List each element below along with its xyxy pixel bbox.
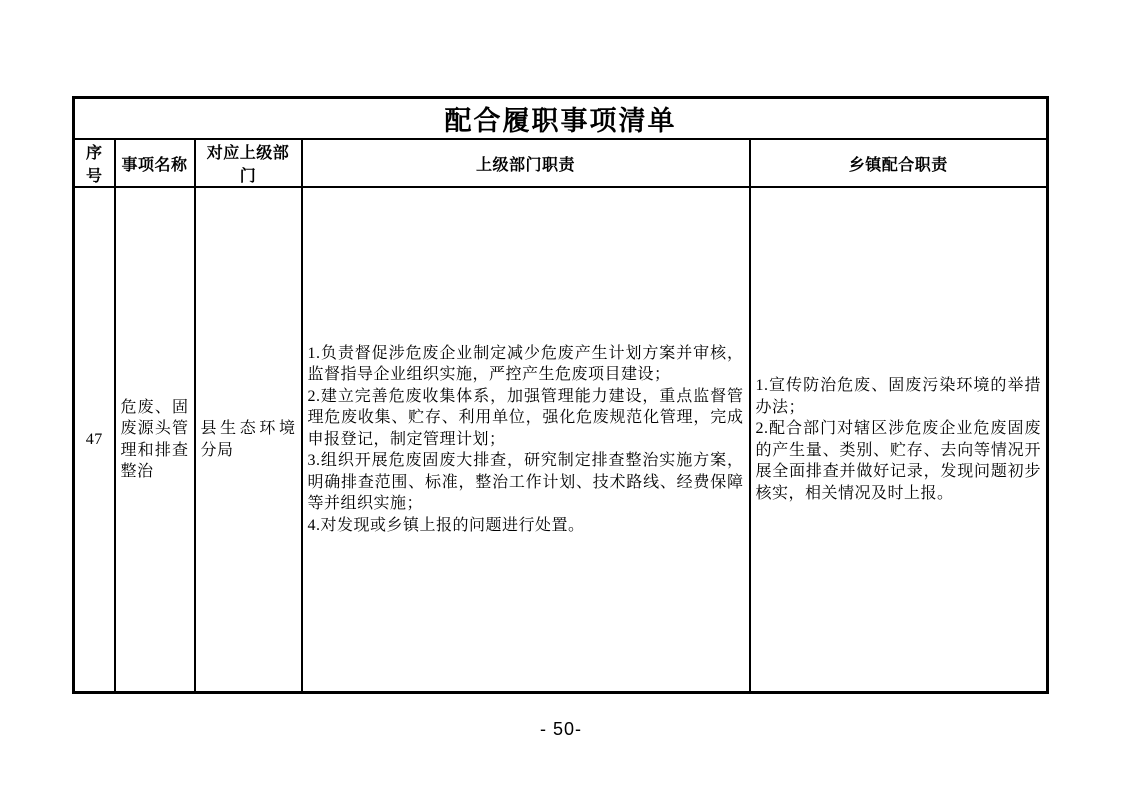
duty-list-table: 配合履职事项清单 序号 事项名称 对应上级部门 上级部门职责 乡镇配合职责 47… [72, 96, 1049, 694]
superior-duty-item-4: 4.对发现或乡镇上报的问题进行处置。 [308, 515, 744, 537]
cell-item-name: 危废、固废源头管理和排查整治 [115, 187, 195, 693]
cell-superior-department: 县生态环境分局 [195, 187, 302, 693]
document-page: 配合履职事项清单 序号 事项名称 对应上级部门 上级部门职责 乡镇配合职责 47… [0, 0, 1122, 793]
header-row: 序号 事项名称 对应上级部门 上级部门职责 乡镇配合职责 [74, 139, 1048, 187]
cell-superior-duties: 1.负责督促涉危废企业制定减少危废产生计划方案并审核，监督指导企业组织实施，严控… [302, 187, 750, 693]
page-number: - 50- [0, 719, 1122, 740]
superior-duty-item-2: 2.建立完善危废收集体系，加强管理能力建设，重点监督管理危废收集、贮存、利用单位… [308, 386, 744, 451]
superior-duty-item-1: 1.负责督促涉危废企业制定减少危废产生计划方案并审核，监督指导企业组织实施，严控… [308, 343, 744, 386]
table-row: 47 危废、固废源头管理和排查整治 县生态环境分局 1.负责督促涉危废企业制定减… [74, 187, 1048, 693]
township-duty-item-2: 2.配合部门对辖区涉危废企业危废固废的产生量、类别、贮存、去向等情况开展全面排查… [756, 418, 1042, 504]
superior-duty-item-3: 3.组织开展危废固废大排查，研究制定排查整治实施方案，明确排查范围、标准，整治工… [308, 450, 744, 515]
title-row: 配合履职事项清单 [74, 98, 1048, 140]
township-duty-item-1: 1.宣传防治危废、固废污染环境的举措办法； [756, 375, 1042, 418]
header-item-name: 事项名称 [115, 139, 195, 187]
item-name-text: 危废、固废源头管理和排查整治 [121, 397, 189, 483]
superior-department-text: 县生态环境分局 [201, 418, 296, 461]
header-superior-department: 对应上级部门 [195, 139, 302, 187]
header-superior-duties: 上级部门职责 [302, 139, 750, 187]
table-title: 配合履职事项清单 [74, 98, 1048, 140]
header-township-duties: 乡镇配合职责 [750, 139, 1048, 187]
cell-seq: 47 [74, 187, 115, 693]
cell-township-duties: 1.宣传防治危废、固废污染环境的举措办法； 2.配合部门对辖区涉危废企业危废固废… [750, 187, 1048, 693]
header-seq: 序号 [74, 139, 115, 187]
